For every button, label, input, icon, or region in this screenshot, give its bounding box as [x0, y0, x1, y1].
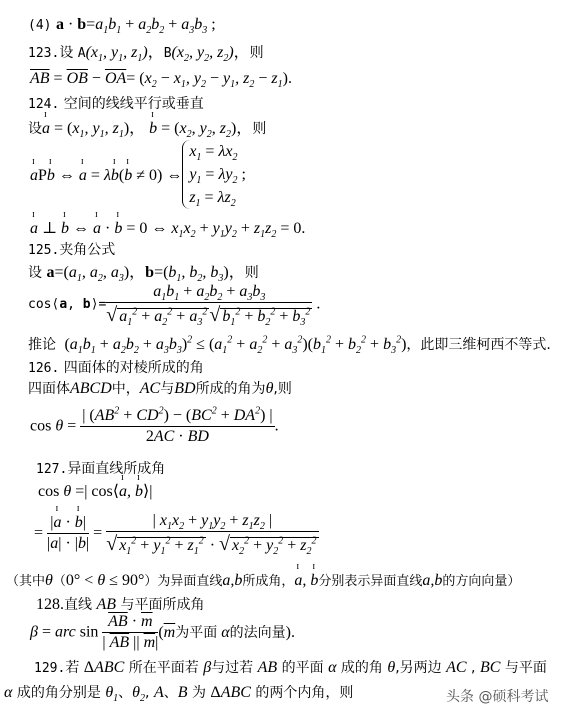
item-128-heading: 128.直线 AB 与平面所成角	[36, 597, 204, 613]
item-129-line1: 129.若 ΔABC 所在平面若 β与过若 AB 的平面 α 成的角 θ,另两边…	[34, 660, 547, 676]
item-124-perpendicular: a ⊥ b ⇔ a · b = 0 ⇔ x1x2 + y1y2 + z1z2 =…	[30, 221, 305, 237]
item-128-formula: β = arc sin AB · m| AB || m|(m为平面 α的法向量)…	[30, 614, 295, 651]
formula-dot-product: a · b=a1b1 + a2b2 + a3b3 ;	[56, 16, 216, 33]
item-124-heading: 124. 空间的线线平行或垂直	[28, 97, 204, 111]
watermark: 头条 @硕科考试	[446, 686, 548, 706]
item-124-title: 空间的线线平行或垂直	[64, 96, 204, 112]
item-127-title: 异面直线所成角	[67, 461, 165, 477]
item-125-title: 夹角公式	[59, 242, 115, 258]
item-126-formula: cos θ = | (AB2 + CD2) − (BC2 + DA2) |2AC…	[30, 408, 279, 445]
item-122-4: (4) a · b=a1b1 + a2b2 + a3b3 ;	[28, 17, 216, 33]
item-124-parallel: aPb ⇔ a = λb(b ≠ 0) ⇔ x1 = λx2y1 = λy2 ;…	[30, 140, 246, 209]
item-127-formula2: = |a · b||a| · |b| = | x1x2 + y1y2 + z1z…	[34, 513, 319, 554]
item-126-line1: 四面体ABCD中，AC与BD所成的角为θ,则	[28, 381, 292, 397]
item-127-heading: 127.异面直线所成角	[36, 462, 165, 476]
item-127-note: （其中θ（0° < θ ≤ 90°）为异面直线a,b所成角，a, b分别表示异面…	[6, 573, 520, 589]
item-125-line1: 设 a=(a1, a2, a3)，b=(b1, b2, b3)，则	[28, 265, 259, 281]
item-126-heading: 126. 四面体的对棱所成的角	[28, 361, 204, 375]
item-129-line2: α 成的角分别是 θ1、θ2, A、B 为 ΔABC 的两个内角，则	[4, 685, 353, 701]
item-125-heading: 125.夹角公式	[28, 243, 115, 257]
item-123-line1: 123.设 A(x1, y1, z1)，B(x2, y2, z2)，则	[28, 45, 264, 61]
item-124-line1: 设a = (x1, y1, z1)， b = (x2, y2, z2)，则	[28, 121, 266, 137]
item-125-formula: cos⟨a, b⟩=a1b1 + a2b2 + a3b3√a12 + a22 +…	[28, 284, 320, 325]
brace-system: x1 = λx2y1 = λy2 ;z1 = λz2	[182, 140, 246, 209]
item-127-formula1: cos θ =| cos⟨a, b⟩|	[38, 484, 152, 500]
item-123-formula: AB = OB − OA= (x2 − x1, y2 − y1, z2 − z1…	[30, 71, 292, 87]
item-126-title: 四面体的对棱所成的角	[64, 360, 204, 376]
item-125-corollary: 推论 (a1b1 + a2b2 + a3b3)2 ≤ (a12 + a22 + …	[28, 337, 551, 353]
